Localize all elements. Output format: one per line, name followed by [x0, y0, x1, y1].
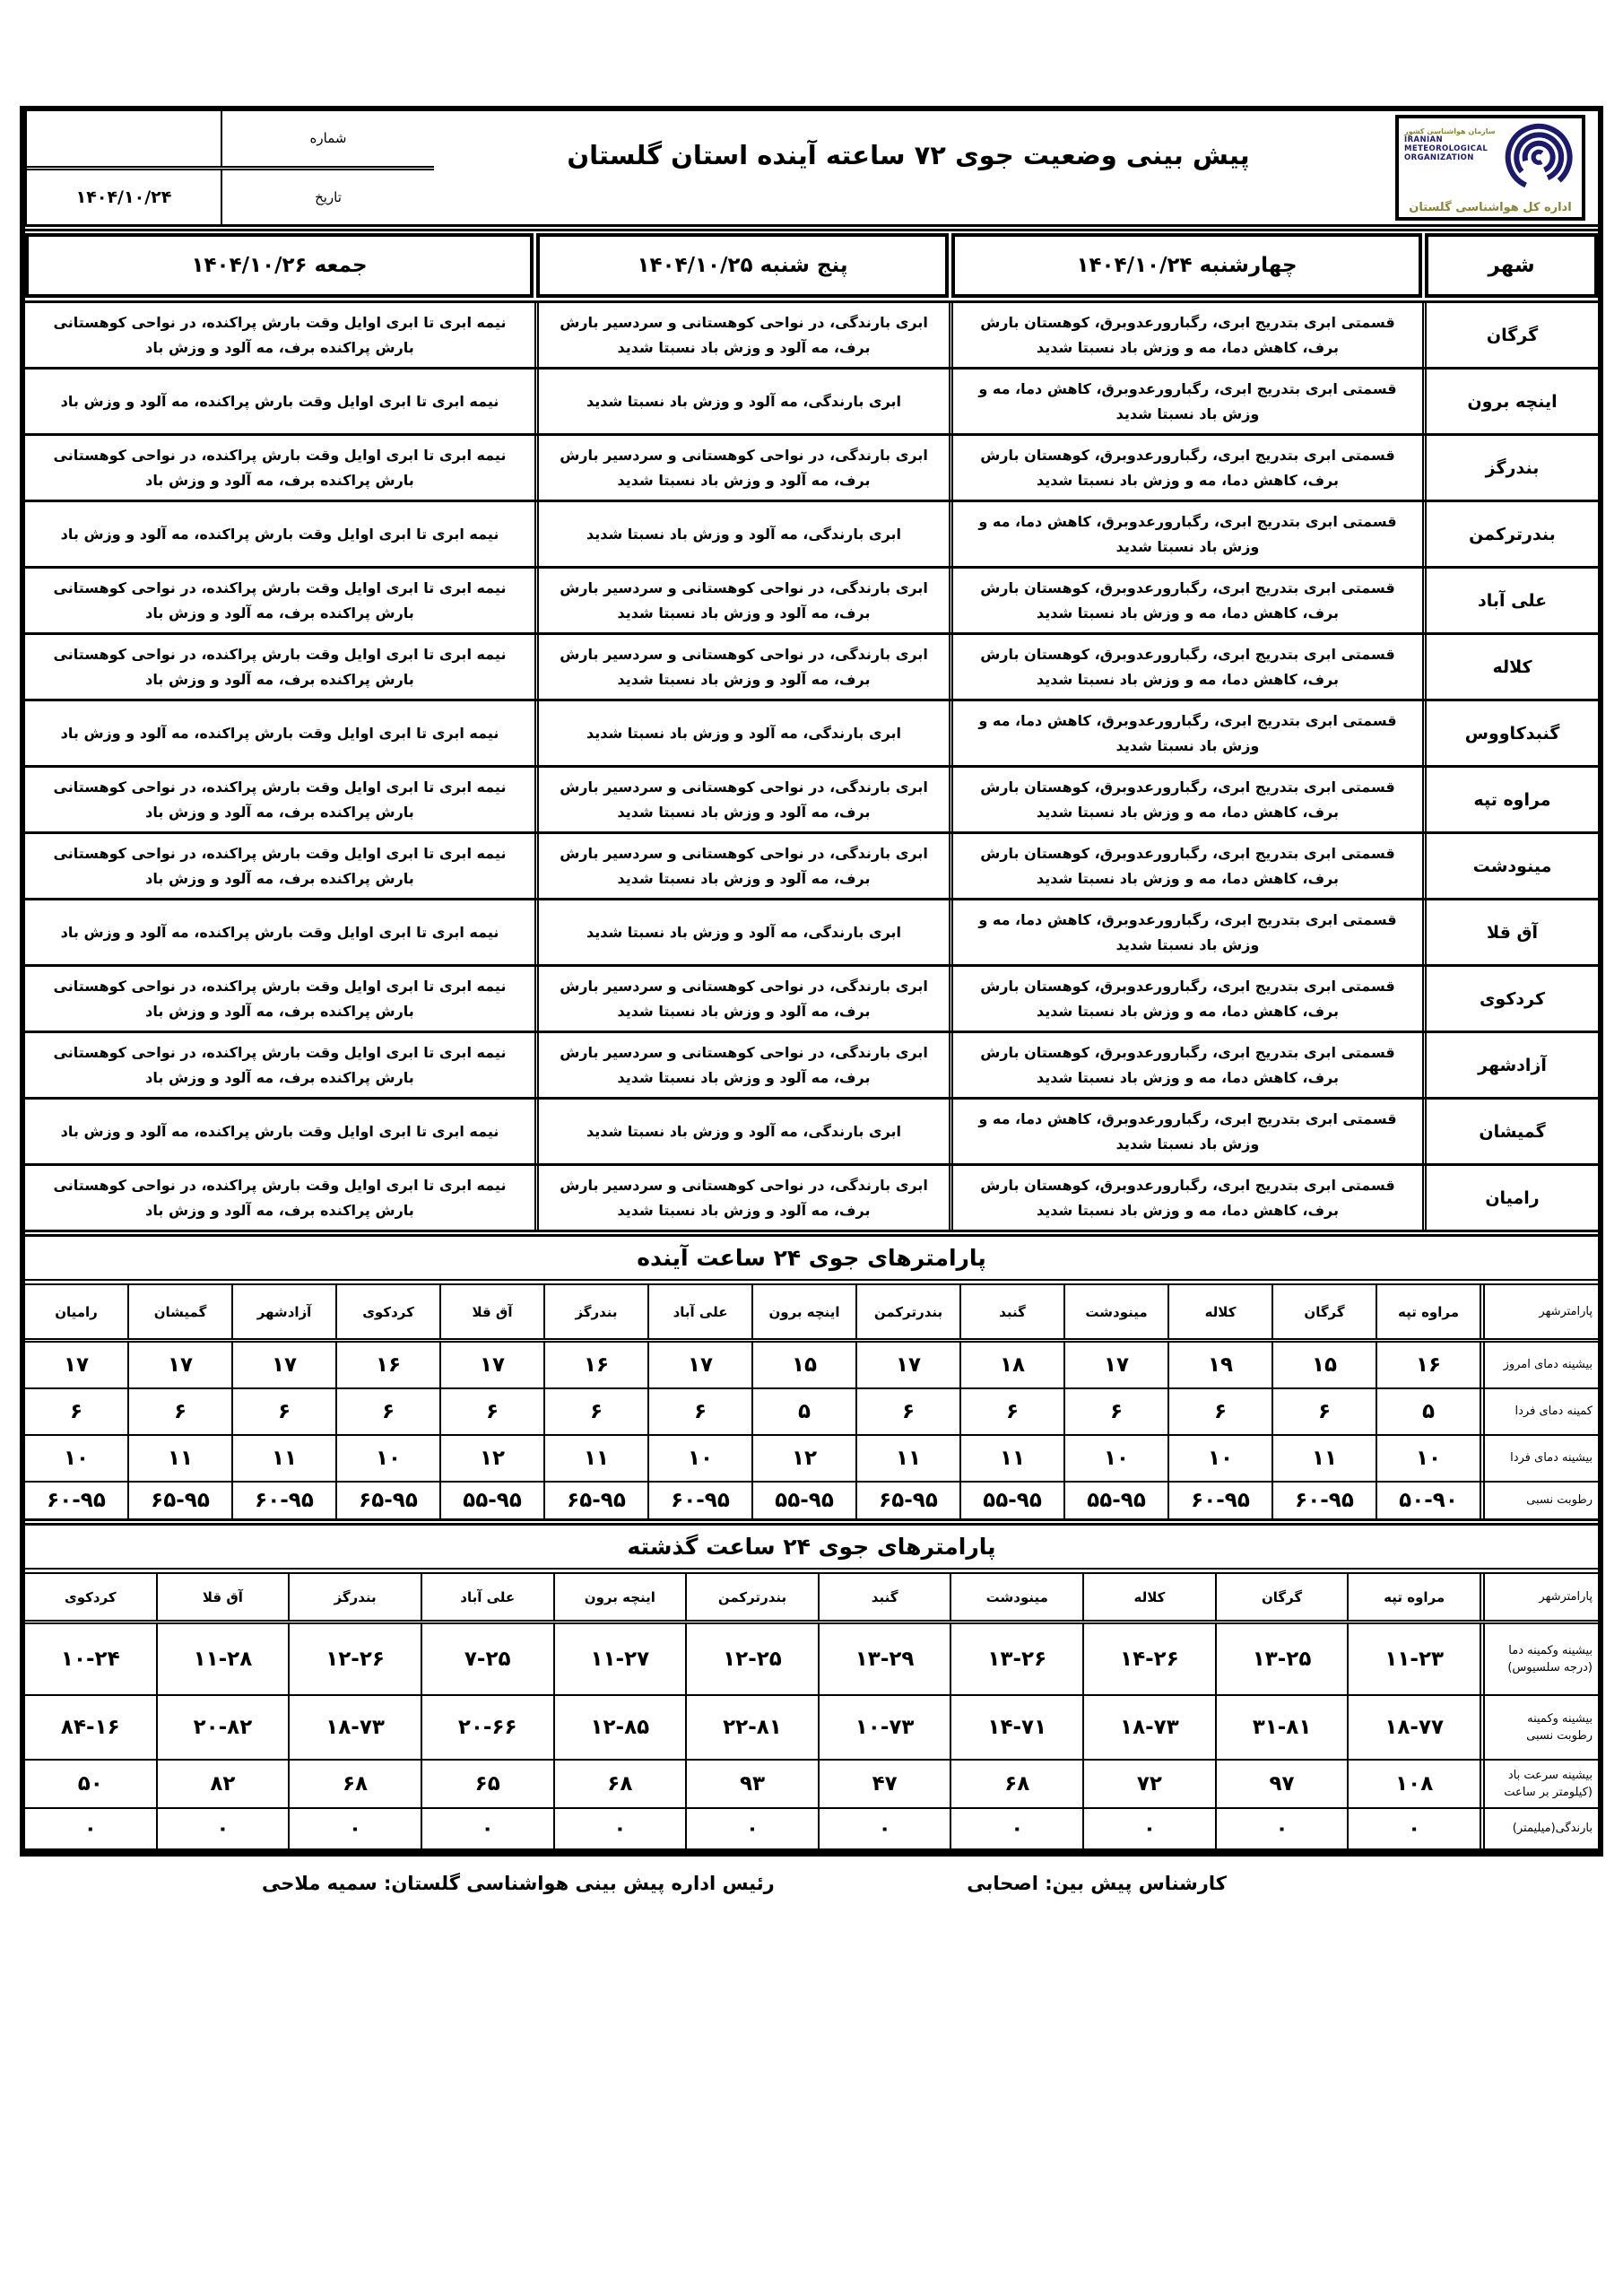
forecast-day3-cell: نیمه ابری تا ابری اوایل وقت بارش پراکنده… — [25, 1033, 534, 1097]
forecast-day3-cell: نیمه ابری تا ابری اوایل وقت بارش پراکنده… — [25, 1100, 534, 1163]
forecast-row: اینچه برونقسمتی ابری بتدریج ابری، رگبارو… — [25, 367, 1598, 433]
param-value: ۶ — [127, 1389, 231, 1434]
office-head-signature: رئیس اداره پیش بینی هواشناسی گلستان: سمی… — [262, 1873, 775, 1894]
param-city-header: آق قلا — [439, 1285, 543, 1338]
forecast-city-name: بندرترکمن — [1422, 502, 1598, 566]
param-value: ۱۵ — [751, 1343, 855, 1387]
forecast-day3-cell: نیمه ابری تا ابری اوایل وقت بارش پراکنده… — [25, 370, 534, 433]
forecast-day2-cell: ابری بارندگی، مه آلود و وزش باد نسبتا شد… — [534, 900, 949, 964]
param-value: ۱۲ — [751, 1436, 855, 1481]
param-value: ۱۶ — [543, 1343, 647, 1387]
forecast-day1-cell: قسمتی ابری بتدریج ابری، رگبارورعدوبرق، ک… — [949, 834, 1422, 898]
param-city-header: اینچه برون — [751, 1285, 855, 1338]
param-value: ۰ — [1215, 1809, 1348, 1848]
param-city-header: گمیشان — [127, 1285, 231, 1338]
forecast-row: گرگانقسمتی ابری بتدریج ابری، رگبارورعدوب… — [25, 300, 1598, 367]
param-value: ۱۷ — [439, 1343, 543, 1387]
param-value: ۹۷ — [1215, 1761, 1348, 1807]
param-value: ۱۰ — [1376, 1436, 1480, 1481]
param-value: ۶ — [647, 1389, 751, 1434]
param-value: ۵۵-۹۵ — [1063, 1483, 1167, 1518]
param-value: ۱۹ — [1167, 1343, 1271, 1387]
param-value: ۱۳-۲۵ — [1215, 1624, 1348, 1694]
param-value: ۶۵ — [421, 1761, 553, 1807]
forecast-city-name: اینچه برون — [1422, 370, 1598, 433]
date-value: ۱۴۰۴/۱۰/۲۴ — [27, 170, 221, 225]
param-value: ۶ — [855, 1389, 959, 1434]
forecast-row: علی آبادقسمتی ابری بتدریج ابری، رگبارورع… — [25, 566, 1598, 632]
param-value: ۶ — [1271, 1389, 1376, 1434]
param-value: ۷-۲۵ — [421, 1624, 553, 1694]
params-past24-table: پارامترشهرمراوه تپهگرگانکلالهمینودشتگنبد… — [25, 1574, 1598, 1851]
forecast-day2-cell: ابری بارندگی، در نواحی کوهستانی و سردسیر… — [534, 569, 949, 632]
forecast-day2-cell: ابری بارندگی، در نواحی کوهستانی و سردسیر… — [534, 768, 949, 831]
param-value: ۱۰۸ — [1347, 1761, 1480, 1807]
param-value: ۵۵-۹۵ — [959, 1483, 1063, 1518]
forecast-day1-cell: قسمتی ابری بتدریج ابری، رگبارورعدوبرق، ک… — [949, 1100, 1422, 1163]
param-row: بیشینه دمای امروز۱۶۱۵۱۹۱۷۱۸۱۷۱۵۱۷۱۶۱۷۱۶۱… — [25, 1343, 1598, 1387]
param-row-label: بیشینه دمای فردا — [1480, 1436, 1598, 1481]
param-city-header: مراوه تپه — [1347, 1574, 1480, 1620]
weather-bulletin-page: سازمان هواشناسی کشور IRANIAN METEOROLOGI… — [0, 0, 1623, 2296]
param-value: ۱۱-۲۷ — [553, 1624, 686, 1694]
logo-area: سازمان هواشناسی کشور IRANIAN METEOROLOGI… — [1383, 111, 1598, 224]
forecast-day2-cell: ابری بارندگی، مه آلود و وزش باد نسبتا شد… — [534, 502, 949, 566]
forecast-city-name: مینودشت — [1422, 834, 1598, 898]
param-city-header: کلاله — [1167, 1285, 1271, 1338]
param-value: ۱۸-۷۷ — [1347, 1696, 1480, 1759]
params-next24-table: پارامترشهرمراوه تپهگرگانکلالهمینودشتگنبد… — [25, 1285, 1598, 1518]
param-value: ۶۰-۹۵ — [25, 1483, 127, 1518]
forecast-city-name: کردکوی — [1422, 967, 1598, 1031]
param-value: ۶۸ — [553, 1761, 686, 1807]
organization-names: سازمان هواشناسی کشور IRANIAN METEOROLOGI… — [1404, 127, 1497, 163]
param-value: ۰ — [1347, 1809, 1480, 1848]
forecast-day2-cell: ابری بارندگی، مه آلود و وزش باد نسبتا شد… — [534, 701, 949, 765]
forecast-row: گنبدکاووسقسمتی ابری بتدریج ابری، رگبارور… — [25, 699, 1598, 765]
param-value: ۶۰-۹۵ — [647, 1483, 751, 1518]
forecast-day1-cell: قسمتی ابری بتدریج ابری، رگبارورعدوبرق، ک… — [949, 1033, 1422, 1097]
param-value: ۱۲-۲۵ — [685, 1624, 818, 1694]
page-title: پیش بینی وضعیت جوی ۷۲ ساعته آینده استان … — [434, 111, 1383, 224]
forecast-day1-cell: قسمتی ابری بتدریج ابری، رگبارورعدوبرق، ک… — [949, 1166, 1422, 1230]
param-city-header: مراوه تپه — [1376, 1285, 1480, 1338]
param-value: ۱۷ — [647, 1343, 751, 1387]
param-city-header: گنبد — [818, 1574, 950, 1620]
forecast-row: رامیانقسمتی ابری بتدریج ابری، رگبارورعدو… — [25, 1163, 1598, 1230]
param-value: ۱۰ — [25, 1436, 127, 1481]
param-value: ۶ — [543, 1389, 647, 1434]
param-value: ۸۴-۱۶ — [25, 1696, 156, 1759]
forecast-day3-cell: نیمه ابری تا ابری اوایل وقت بارش پراکنده… — [25, 768, 534, 831]
param-value: ۱۸-۷۳ — [1082, 1696, 1215, 1759]
param-value: ۵ — [751, 1389, 855, 1434]
param-value: ۱۷ — [855, 1343, 959, 1387]
param-value: ۶ — [25, 1389, 127, 1434]
forecast-city-name: گرگان — [1422, 303, 1598, 367]
param-value: ۲۲-۸۱ — [685, 1696, 818, 1759]
forecast-city-name: رامیان — [1422, 1166, 1598, 1230]
forecast-day1-cell: قسمتی ابری بتدریج ابری، رگبارورعدوبرق، ک… — [949, 768, 1422, 831]
param-value: ۰ — [156, 1809, 289, 1848]
param-row-label: بارندگی(میلیمتر) — [1480, 1809, 1598, 1848]
param-value: ۵۰-۹۰ — [1376, 1483, 1480, 1518]
param-city-header: علی آباد — [647, 1285, 751, 1338]
forecast-header-row: شهر چهارشنبه ۱۴۰۴/۱۰/۲۴ پنج شنبه ۱۴۰۴/۱۰… — [25, 231, 1598, 300]
param-value: ۰ — [1082, 1809, 1215, 1848]
param-value: ۱۸ — [959, 1343, 1063, 1387]
param-row-label: بیشینه وکمینه رطوبت نسبی — [1480, 1696, 1598, 1759]
forecast-day3-cell: نیمه ابری تا ابری اوایل وقت بارش پراکنده… — [25, 1166, 534, 1230]
forecast-row: مینودشتقسمتی ابری بتدریج ابری، رگبارورعد… — [25, 831, 1598, 898]
forecast-day1-cell: قسمتی ابری بتدریج ابری، رگبارورعدوبرق، ک… — [949, 370, 1422, 433]
param-value: ۱۳-۲۹ — [818, 1624, 950, 1694]
param-value: ۰ — [421, 1809, 553, 1848]
param-value: ۱۶ — [1376, 1343, 1480, 1387]
forecast-day3-cell: نیمه ابری تا ابری اوایل وقت بارش پراکنده… — [25, 502, 534, 566]
date-label: تاریخ — [221, 170, 434, 225]
param-value: ۳۱-۸۱ — [1215, 1696, 1348, 1759]
forecast-day3-cell: نیمه ابری تا ابری اوایل وقت بارش پراکنده… — [25, 701, 534, 765]
forecast-day2-cell: ابری بارندگی، در نواحی کوهستانی و سردسیر… — [534, 303, 949, 367]
forecast-city-name: مراوه تپه — [1422, 768, 1598, 831]
param-value: ۱۲-۲۶ — [288, 1624, 421, 1694]
number-label: شماره — [221, 111, 434, 166]
forecast-row: کردکویقسمتی ابری بتدریج ابری، رگبارورعدو… — [25, 964, 1598, 1031]
param-city-header: کردکوی — [25, 1574, 156, 1620]
param-row-label: بیشینه وکمینه دما (درجه سلسیوس) — [1480, 1624, 1598, 1694]
date-row: تاریخ ۱۴۰۴/۱۰/۲۴ — [27, 166, 434, 225]
param-value: ۱۷ — [25, 1343, 127, 1387]
number-value — [27, 111, 221, 166]
param-row: بیشینه وکمینه دما (درجه سلسیوس)۱۱-۲۳۱۳-۲… — [25, 1624, 1598, 1694]
forecast-day2-cell: ابری بارندگی، در نواحی کوهستانی و سردسیر… — [534, 635, 949, 699]
organization-name-fa: سازمان هواشناسی کشور — [1404, 127, 1497, 135]
param-value: ۲۰-۶۶ — [421, 1696, 553, 1759]
signature-line: کارشناس پیش بین: اصحابی رئیس اداره پیش ب… — [20, 1873, 1603, 1894]
param-value: ۱۱-۲۳ — [1347, 1624, 1480, 1694]
param-row: رطوبت نسبی۵۰-۹۰۶۰-۹۵۶۰-۹۵۵۵-۹۵۵۵-۹۵۶۵-۹۵… — [25, 1481, 1598, 1518]
forecast-day1-cell: قسمتی ابری بتدریج ابری، رگبارورعدوبرق، ک… — [949, 701, 1422, 765]
param-value: ۱۷ — [1063, 1343, 1167, 1387]
param-value: ۰ — [818, 1809, 950, 1848]
param-city-header: مینودشت — [950, 1574, 1082, 1620]
param-value: ۶۵-۹۵ — [543, 1483, 647, 1518]
forecast-day3-cell: نیمه ابری تا ابری اوایل وقت بارش پراکنده… — [25, 303, 534, 367]
param-row: بارندگی(میلیمتر)۰۰۰۰۰۰۰۰۰۰۰ — [25, 1807, 1598, 1848]
param-value: ۰ — [288, 1809, 421, 1848]
param-value: ۷۲ — [1082, 1761, 1215, 1807]
param-city-header: بندرگز — [543, 1285, 647, 1338]
forecast-day2-cell: ابری بارندگی، در نواحی کوهستانی و سردسیر… — [534, 1166, 949, 1230]
param-value: ۵۵-۹۵ — [439, 1483, 543, 1518]
param-value: ۵ — [1376, 1389, 1480, 1434]
param-value: ۱۱ — [1271, 1436, 1376, 1481]
param-value: ۶ — [231, 1389, 335, 1434]
param-value: ۱۴-۷۱ — [950, 1696, 1082, 1759]
param-value: ۱۱ — [855, 1436, 959, 1481]
param-city-header: رامیان — [25, 1285, 127, 1338]
param-value: ۱۲ — [439, 1436, 543, 1481]
forecast-city-name: بندرگز — [1422, 436, 1598, 500]
forecast-day3-cell: نیمه ابری تا ابری اوایل وقت بارش پراکنده… — [25, 967, 534, 1031]
param-value: ۵۰ — [25, 1761, 156, 1807]
number-date-table: شماره تاریخ ۱۴۰۴/۱۰/۲۴ — [25, 111, 434, 224]
param-value: ۱۱ — [231, 1436, 335, 1481]
forecast-table-body: گرگانقسمتی ابری بتدریج ابری، رگبارورعدوب… — [25, 300, 1598, 1230]
param-city-header: آق قلا — [156, 1574, 289, 1620]
param-value: ۰ — [950, 1809, 1082, 1848]
param-city-header: بندرترکمن — [685, 1574, 818, 1620]
forecast-day2-cell: ابری بارندگی، در نواحی کوهستانی و سردسیر… — [534, 1033, 949, 1097]
section-title-next24: پارامترهای جوی ۲۴ ساعت آینده — [25, 1230, 1598, 1285]
param-city-header: کلاله — [1082, 1574, 1215, 1620]
forecast-row: بندرترکمنقسمتی ابری بتدریج ابری، رگبارور… — [25, 500, 1598, 566]
param-value: ۶۸ — [288, 1761, 421, 1807]
forecast-row: گمیشانقسمتی ابری بتدریج ابری، رگبارورعدو… — [25, 1097, 1598, 1163]
param-value: ۱۰ — [1167, 1436, 1271, 1481]
day-header-wednesday: چهارشنبه ۱۴۰۴/۱۰/۲۴ — [951, 233, 1422, 298]
param-value: ۱۱ — [127, 1436, 231, 1481]
param-value: ۲۰-۸۲ — [156, 1696, 289, 1759]
forecast-row: بندرگزقسمتی ابری بتدریج ابری، رگبارورعدو… — [25, 433, 1598, 500]
param-row-label: کمینه دمای فردا — [1480, 1389, 1598, 1434]
param-value: ۱۷ — [127, 1343, 231, 1387]
param-value: ۱۱ — [959, 1436, 1063, 1481]
param-value: ۱۸-۷۳ — [288, 1696, 421, 1759]
meteorology-spiral-icon — [1492, 120, 1576, 201]
param-city-header: مینودشت — [1063, 1285, 1167, 1338]
day-header-thursday: پنج شنبه ۱۴۰۴/۱۰/۲۵ — [536, 233, 949, 298]
forecast-day3-cell: نیمه ابری تا ابری اوایل وقت بارش پراکنده… — [25, 834, 534, 898]
param-city-header: اینچه برون — [553, 1574, 686, 1620]
forecast-day2-cell: ابری بارندگی، در نواحی کوهستانی و سردسیر… — [534, 967, 949, 1031]
param-row: کمینه دمای فردا۵۶۶۶۶۶۵۶۶۶۶۶۶۶ — [25, 1387, 1598, 1434]
number-row: شماره — [27, 111, 434, 166]
forecast-day1-cell: قسمتی ابری بتدریج ابری، رگبارورعدوبرق، ک… — [949, 436, 1422, 500]
forecast-row: کلالهقسمتی ابری بتدریج ابری، رگبارورعدوب… — [25, 632, 1598, 699]
param-value: ۵۵-۹۵ — [751, 1483, 855, 1518]
forecast-city-name: آزادشهر — [1422, 1033, 1598, 1097]
param-value: ۶ — [335, 1389, 439, 1434]
forecast-row: آق قلاقسمتی ابری بتدریج ابری، رگبارورعدو… — [25, 898, 1598, 964]
forecaster-signature: کارشناس پیش بین: اصحابی — [967, 1873, 1227, 1894]
param-header-row: پارامترشهرمراوه تپهگرگانکلالهمینودشتگنبد… — [25, 1574, 1598, 1624]
param-value: ۶۵-۹۵ — [127, 1483, 231, 1518]
forecast-day3-cell: نیمه ابری تا ابری اوایل وقت بارش پراکنده… — [25, 569, 534, 632]
param-value: ۱۲-۸۵ — [553, 1696, 686, 1759]
param-value: ۸۲ — [156, 1761, 289, 1807]
forecast-city-name: آق قلا — [1422, 900, 1598, 964]
forecast-day1-cell: قسمتی ابری بتدریج ابری، رگبارورعدوبرق، ک… — [949, 635, 1422, 699]
param-value: ۱۰ — [647, 1436, 751, 1481]
param-value: ۶ — [959, 1389, 1063, 1434]
param-city-header: کردکوی — [335, 1285, 439, 1338]
param-corner-label: پارامترشهر — [1480, 1285, 1598, 1338]
forecast-day2-cell: ابری بارندگی، مه آلود و وزش باد نسبتا شد… — [534, 1100, 949, 1163]
forecast-city-name: علی آباد — [1422, 569, 1598, 632]
city-column-header: شهر — [1425, 233, 1598, 298]
param-value: ۰ — [25, 1809, 156, 1848]
param-city-header: گنبد — [959, 1285, 1063, 1338]
forecast-day1-cell: قسمتی ابری بتدریج ابری، رگبارورعدوبرق، ک… — [949, 900, 1422, 964]
organization-name-en: IRANIAN METEOROLOGICAL ORGANIZATION — [1404, 135, 1497, 163]
document-frame: سازمان هواشناسی کشور IRANIAN METEOROLOGI… — [20, 106, 1603, 1857]
param-value: ۱۱-۲۸ — [156, 1624, 289, 1694]
section-title-past24: پارامترهای جوی ۲۴ ساعت گذشته — [25, 1518, 1598, 1574]
param-value: ۰ — [553, 1809, 686, 1848]
param-value: ۴۷ — [818, 1761, 950, 1807]
param-value: ۱۵ — [1271, 1343, 1376, 1387]
param-row-label: رطوبت نسبی — [1480, 1483, 1598, 1518]
param-value: ۶۰-۹۵ — [1167, 1483, 1271, 1518]
param-row: بیشینه سرعت باد (کیلومتر بر ساعت۱۰۸۹۷۷۲۶… — [25, 1759, 1598, 1807]
forecast-city-name: گمیشان — [1422, 1100, 1598, 1163]
param-value: ۱۶ — [335, 1343, 439, 1387]
forecast-day2-cell: ابری بارندگی، در نواحی کوهستانی و سردسیر… — [534, 834, 949, 898]
param-value: ۰ — [685, 1809, 818, 1848]
forecast-day3-cell: نیمه ابری تا ابری اوایل وقت بارش پراکنده… — [25, 635, 534, 699]
forecast-day1-cell: قسمتی ابری بتدریج ابری، رگبارورعدوبرق، ک… — [949, 569, 1422, 632]
forecast-day2-cell: ابری بارندگی، مه آلود و وزش باد نسبتا شد… — [534, 370, 949, 433]
param-value: ۱۴-۲۶ — [1082, 1624, 1215, 1694]
param-value: ۶۰-۹۵ — [1271, 1483, 1376, 1518]
forecast-city-name: کلاله — [1422, 635, 1598, 699]
param-city-header: آزادشهر — [231, 1285, 335, 1338]
param-value: ۶۸ — [950, 1761, 1082, 1807]
forecast-day3-cell: نیمه ابری تا ابری اوایل وقت بارش پراکنده… — [25, 436, 534, 500]
forecast-row: آزادشهرقسمتی ابری بتدریج ابری، رگبارورعد… — [25, 1031, 1598, 1097]
param-row-label: بیشینه دمای امروز — [1480, 1343, 1598, 1387]
forecast-day1-cell: قسمتی ابری بتدریج ابری، رگبارورعدوبرق، ک… — [949, 502, 1422, 566]
department-name: اداره کل هواشناسی گلستان — [1399, 201, 1582, 214]
param-value: ۱۷ — [231, 1343, 335, 1387]
param-value: ۱۳-۲۶ — [950, 1624, 1082, 1694]
param-city-header: بندرگز — [288, 1574, 421, 1620]
param-value: ۶ — [1167, 1389, 1271, 1434]
param-row-label: بیشینه سرعت باد (کیلومتر بر ساعت — [1480, 1761, 1598, 1807]
param-city-header: علی آباد — [421, 1574, 553, 1620]
param-value: ۱۰-۲۴ — [25, 1624, 156, 1694]
forecast-day1-cell: قسمتی ابری بتدریج ابری، رگبارورعدوبرق، ک… — [949, 303, 1422, 367]
forecast-day1-cell: قسمتی ابری بتدریج ابری، رگبارورعدوبرق، ک… — [949, 967, 1422, 1031]
param-value: ۹۳ — [685, 1761, 818, 1807]
param-value: ۶۰-۹۵ — [231, 1483, 335, 1518]
param-header-row: پارامترشهرمراوه تپهگرگانکلالهمینودشتگنبد… — [25, 1285, 1598, 1343]
param-value: ۱۰-۷۳ — [818, 1696, 950, 1759]
param-value: ۱۰ — [335, 1436, 439, 1481]
param-value: ۶۵-۹۵ — [855, 1483, 959, 1518]
param-city-header: بندرترکمن — [855, 1285, 959, 1338]
forecast-day3-cell: نیمه ابری تا ابری اوایل وقت بارش پراکنده… — [25, 900, 534, 964]
organization-logo: سازمان هواشناسی کشور IRANIAN METEOROLOGI… — [1395, 115, 1585, 221]
param-city-header: گرگان — [1271, 1285, 1376, 1338]
param-value: ۶۵-۹۵ — [335, 1483, 439, 1518]
param-city-header: گرگان — [1215, 1574, 1348, 1620]
param-row: بیشینه دمای فردا۱۰۱۱۱۰۱۰۱۱۱۱۱۲۱۰۱۱۱۲۱۰۱۱… — [25, 1434, 1598, 1481]
param-value: ۶ — [439, 1389, 543, 1434]
param-row: بیشینه وکمینه رطوبت نسبی۱۸-۷۷۳۱-۸۱۱۸-۷۳۱… — [25, 1694, 1598, 1759]
param-value: ۶ — [1063, 1389, 1167, 1434]
forecast-day2-cell: ابری بارندگی، در نواحی کوهستانی و سردسیر… — [534, 436, 949, 500]
param-value: ۱۰ — [1063, 1436, 1167, 1481]
forecast-row: مراوه تپهقسمتی ابری بتدریج ابری، رگبارور… — [25, 765, 1598, 831]
document-header: سازمان هواشناسی کشور IRANIAN METEOROLOGI… — [25, 111, 1598, 231]
forecast-city-name: گنبدکاووس — [1422, 701, 1598, 765]
day-header-friday: جمعه ۱۴۰۴/۱۰/۲۶ — [25, 233, 534, 298]
param-corner-label: پارامترشهر — [1480, 1574, 1598, 1620]
param-value: ۱۱ — [543, 1436, 647, 1481]
